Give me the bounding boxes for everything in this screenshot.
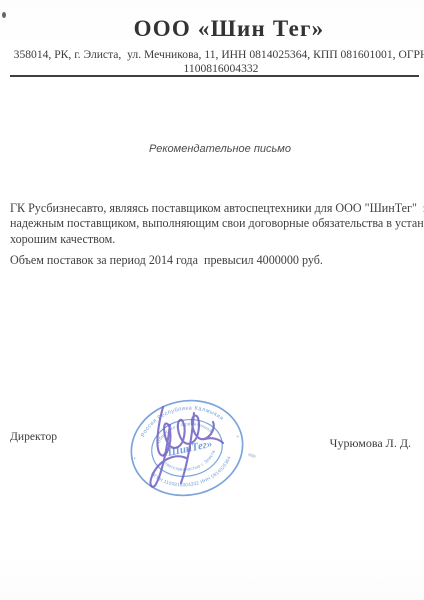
signature-role-label: Директор <box>10 430 57 443</box>
company-address: 358014, РК, г. Элиста, ул. Мечникова, 11… <box>9 48 424 75</box>
company-header: ООО «Шин Тег» <box>17 16 424 42</box>
signatory-name: Чурюмова Л. Д. <box>330 436 411 451</box>
handwritten-signature <box>133 397 237 497</box>
address-line-2: 1100816004332 <box>9 62 424 76</box>
letter-body: ГК Русбизнесавто, являясь поставщиком ав… <box>10 201 420 247</box>
stamp-separator-right: * <box>236 435 240 441</box>
document-page: ООО «Шин Тег» 358014, РК, г. Элиста, ул.… <box>0 0 424 600</box>
body-line: ГК Русбизнесавто, являясь поставщиком ав… <box>10 201 420 216</box>
address-line-1: 358014, РК, г. Элиста, ул. Мечникова, 11… <box>9 48 424 62</box>
body-line: хорошим качеством. <box>10 232 420 247</box>
body-line: надежным поставщиком, выполняющим свои д… <box>10 216 420 231</box>
scan-speck <box>2 12 6 18</box>
letter-title: Рекомендательное письмо <box>8 143 424 155</box>
header-divider <box>10 75 419 77</box>
volume-statement: Объем поставок за период 2014 года превы… <box>10 253 323 268</box>
